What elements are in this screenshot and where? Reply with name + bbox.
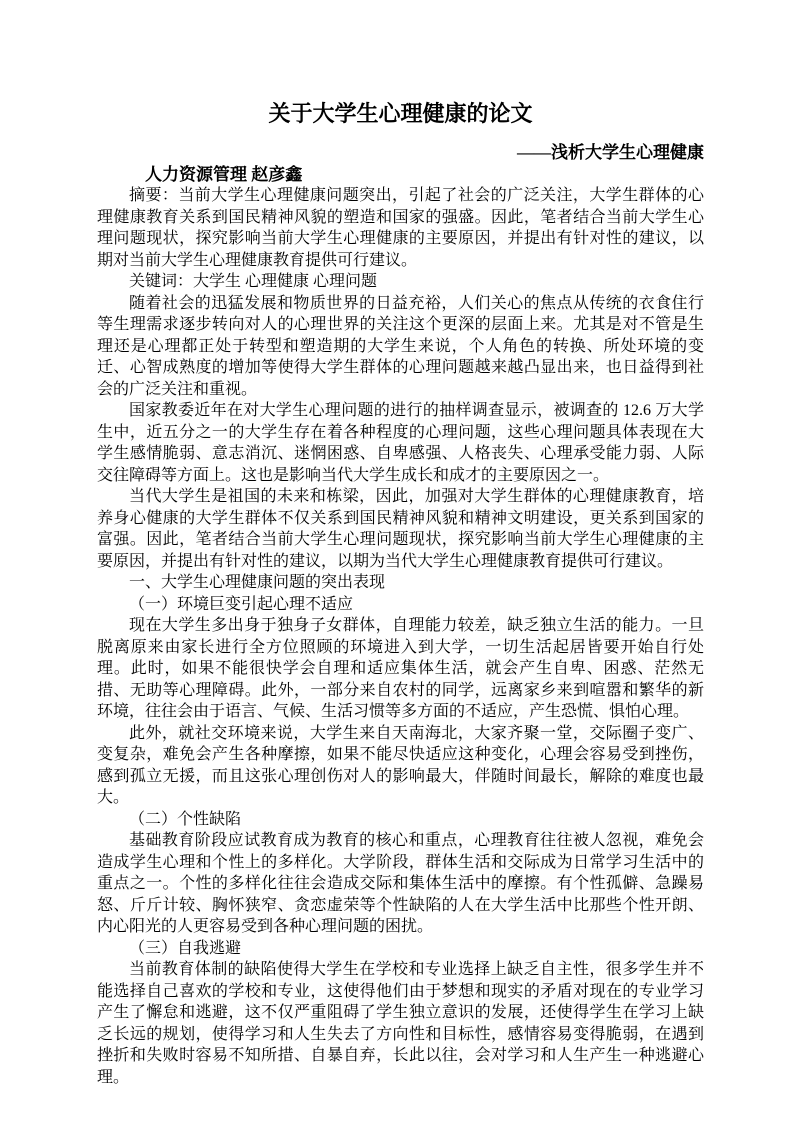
document-subtitle: ——浅析大学生心理健康 [97,142,704,164]
section-heading: 一、大学生心理健康问题的突出表现 [97,572,704,594]
body-paragraph: 随着社会的迅猛发展和物质世界的日益充裕，人们关心的焦点从传统的衣食住行等生理需求… [97,293,704,401]
body-paragraph: 此外，就社交环境来说，大学生来自天南海北，大家齐聚一堂，交际圈子变广、变复杂，难… [97,723,704,809]
body-paragraph: 当代大学生是祖国的未来和栋梁，因此，加强对大学生群体的心理健康教育，培养身心健康… [97,486,704,572]
body-paragraph: 当前教育体制的缺陷使得大学生在学校和专业选择上缺乏自主性，很多学生并不能选择自己… [97,959,704,1088]
author-byline: 人力资源管理 赵彦鑫 [97,164,704,186]
subsection-heading: （二）个性缺陷 [97,809,704,831]
body-paragraph: 基础教育阶段应试教育成为教育的核心和重点，心理教育往往被人忽视，难免会造成学生心… [97,830,704,938]
subsection-heading: （三）自我逃避 [97,938,704,960]
body-paragraph: 国家教委近年在对大学生心理问题的进行的抽样调查显示，被调查的 12.6 万大学生… [97,400,704,486]
abstract-paragraph: 摘要：当前大学生心理健康问题突出，引起了社会的广泛关注，大学生群体的心理健康教育… [97,185,704,271]
body-paragraph: 现在大学生多出身于独身子女群体，自理能力较差，缺乏独立生活的能力。一旦脱离原来由… [97,615,704,723]
subsection-heading: （一）环境巨变引起心理不适应 [97,594,704,616]
document-page: 关于大学生心理健康的论文 ——浅析大学生心理健康 人力资源管理 赵彦鑫 摘要：当… [0,0,794,1123]
document-title: 关于大学生心理健康的论文 [97,100,704,128]
keywords-line: 关键词：大学生 心理健康 心理问题 [97,271,704,293]
